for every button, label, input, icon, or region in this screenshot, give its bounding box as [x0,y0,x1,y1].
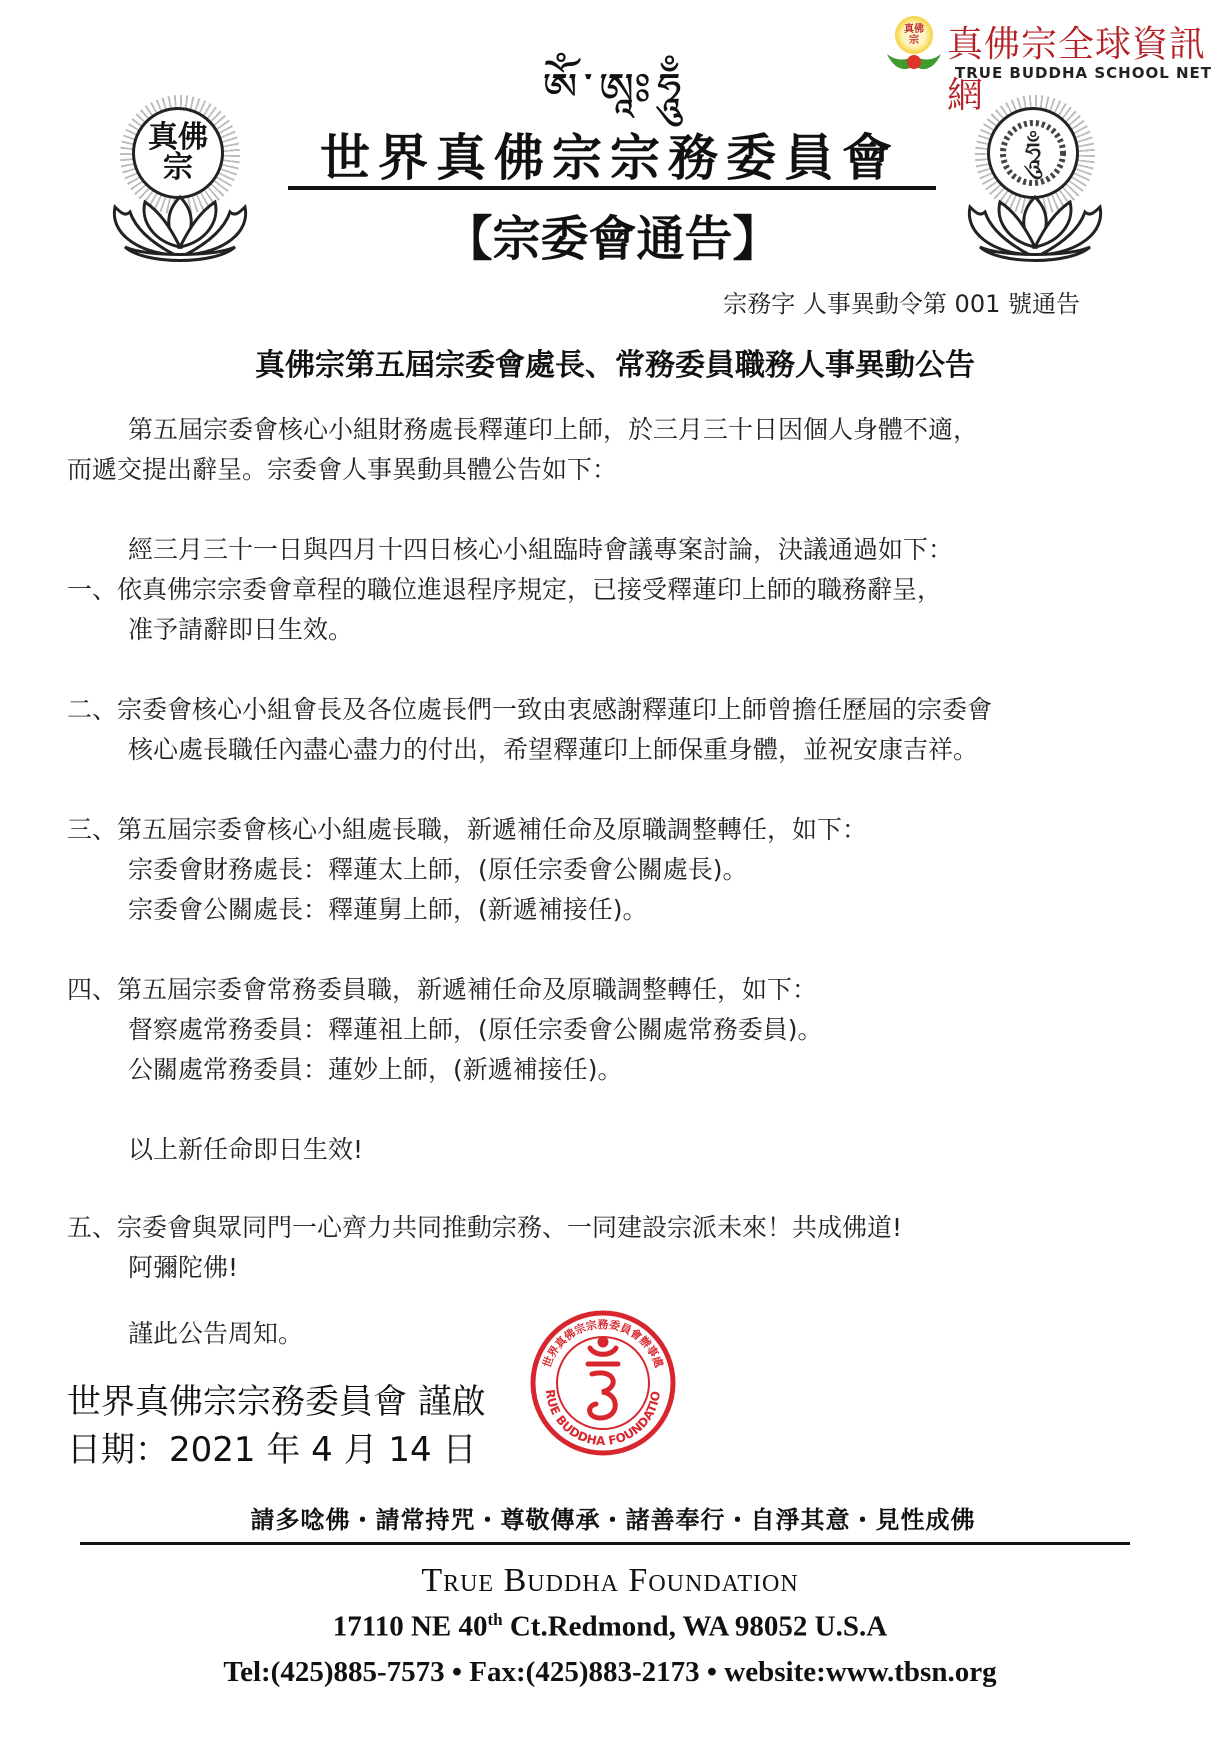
signer: 世界真佛宗宗務委員會 謹啟 [67,1374,486,1423]
closing-line: 謹此公告周知。 [128,1316,303,1352]
item-3-appointment: 宗委會財務處長：釋蓮太上師，(原任宗委會公關處長)。 [128,852,748,888]
lotus-icon [105,187,255,265]
notice-title: 【宗委會通告】 [300,200,925,269]
meeting-line: 經三月三十一日與四月十四日核心小組臨時會議專案討論，決議通過如下： [128,532,953,568]
reference-number: 宗務字 人事異動令第 001 號通告 [620,284,1080,319]
date: 日期：2021 年 4 月 14 日 [67,1422,476,1471]
item-4-appointment: 督察處常務委員：釋蓮祖上師，(原任宗委會公關處常務委員)。 [128,1012,823,1048]
tbsn-logo: 真佛宗 真佛宗全球資訊網 TRUE BUDDHA SCHOOL NET [885,14,1215,84]
lotus-leaf-icon [885,50,943,74]
foundation-contact: Tel:(425)885-7573 • Fax:(425)883-2173 • … [100,1656,1120,1689]
item-3-appointment: 宗委會公關處長：釋蓮舅上師，(新遞補接任)。 [128,892,648,928]
announcement-headline: 真佛宗第五屆宗委會處長、常務委員職務人事異動公告 [100,340,1130,384]
footer-divider [80,1542,1130,1545]
emblem-disc: ཧཱུྃ [987,107,1079,199]
item-5: 五、宗委會與眾同門一心齊力共同推動宗務、一同建設宗派未來！共成佛道! [67,1210,902,1246]
address-part: 17110 NE 40 [333,1611,488,1643]
item-2-cont: 核心處長職任內盡心盡力的付出，希望釋蓮印上師保重身體，並祝安康吉祥。 [128,732,978,768]
item-3: 三、第五屆宗委會核心小組處長職，新遞補任命及原職調整轉任，如下： [67,812,867,848]
foundation-address: 17110 NE 40th Ct.Redmond, WA 98052 U.S.A [100,1610,1120,1644]
intro-line: 而遞交提出辭呈。宗委會人事異動具體公告如下： [67,452,617,488]
hum-syllable-icon: ཧཱུྃ [998,118,1068,188]
logo-english-name: TRUE BUDDHA SCHOOL NET [955,64,1212,82]
svg-text:ཧཱུྃ: ཧཱུྃ [1024,130,1043,180]
lotus-icon [960,187,1110,265]
address-part: Ct.Redmond, WA 98052 U.S.A [503,1611,888,1643]
sun-icon: 真佛宗 [895,16,933,54]
foundation-seal-icon: 世界真佛宗宗務委員會辦事處 TRUE BUDDHA FOUNDATION [528,1308,678,1458]
item-5-cont: 阿彌陀佛! [128,1250,238,1286]
item-4-appointment: 公關處常務委員：蓮妙上師，(新遞補接任)。 [128,1052,623,1088]
emblem-text: 真佛宗 [146,123,210,183]
tbsn-badge-icon: 真佛宗 [885,14,943,78]
organization-title: 世界真佛宗宗務委員會 [280,118,940,190]
intro-line: 第五屆宗委會核心小組財務處長釋蓮印上師，於三月三十日因個人身體不適， [128,412,978,448]
badge-text: 真佛宗 [904,24,924,46]
item-2: 二、宗委會核心小組會長及各位處長們一致由衷感謝釋蓮印上師曾擔任歷屆的宗委會 [67,692,992,728]
item-1: 一、依真佛宗宗委會章程的職位進退程序規定，已接受釋蓮印上師的職務辭呈， [67,572,942,608]
left-emblem: 真佛宗 [105,95,255,265]
item-4: 四、第五屆宗委會常務委員職，新遞補任命及原職調整轉任，如下： [67,972,817,1008]
effective-line: 以上新任命即日生效! [128,1132,363,1168]
header-divider [288,186,936,190]
motto: 請多唸佛・請常持咒・尊敬傳承・諸善奉行・自淨其意・見性成佛 [108,1500,1118,1535]
address-ordinal: th [487,1610,502,1629]
item-1-cont: 准予請辭即日生效。 [128,612,353,648]
right-emblem: ཧཱུྃ [960,95,1110,265]
foundation-name: True Buddha Foundation [100,1562,1120,1600]
emblem-disc: 真佛宗 [132,107,224,199]
